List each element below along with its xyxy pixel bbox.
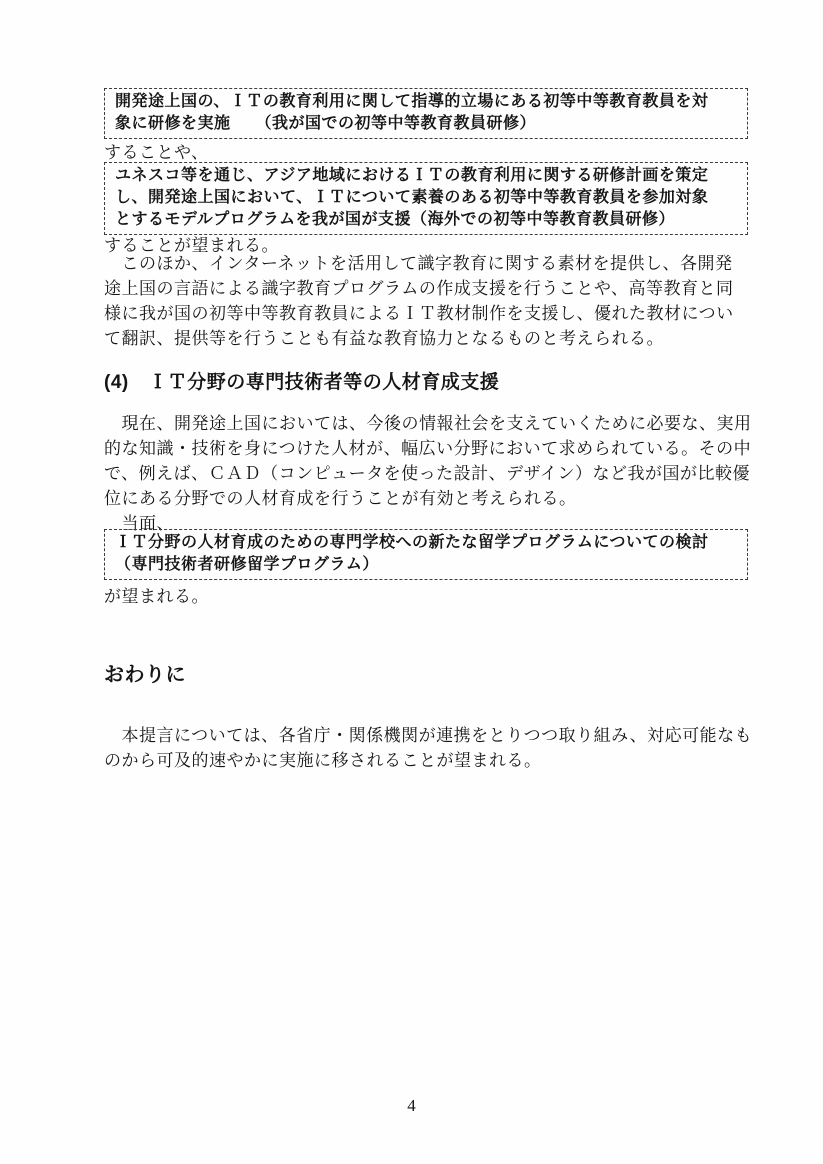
- connector-text-3: が望まれる。: [104, 584, 748, 609]
- boxed-recommendation-2: ユネスコ等を通じ、アジア地域におけるＩＴの教育利用に関する研修計画を策定 し、開…: [104, 162, 748, 235]
- closing-paragraph: 本提言については、各省庁・関係機関が連携をとりつつ取り組み、対応可能なも のから…: [104, 723, 748, 773]
- closing-section-heading: おわりに: [104, 663, 748, 687]
- body-paragraph-2: 現在、開発途上国においては、今後の情報社会を支えていくために必要な、実用 的な知…: [104, 411, 748, 536]
- page-number: 4: [0, 1096, 823, 1116]
- body-paragraph-1: このほか、インターネットを活用して識字教育に関する素材を提供し、各開発 途上国の…: [104, 251, 748, 351]
- boxed-recommendation-1: 開発途上国の、ＩＴの教育利用に関して指導的立場にある初等中等教育教員を対 象に研…: [104, 88, 748, 139]
- boxed-recommendation-3: ＩＴ分野の人材育成のための専門学校への新たな留学プログラムについての検討 （専門…: [104, 529, 748, 580]
- document-page: 開発途上国の、ＩＴの教育利用に関して指導的立場にある初等中等教育教員を対 象に研…: [0, 0, 823, 1164]
- section-heading-4: (4) ＩＴ分野の専門技術者等の人材育成支援: [104, 371, 748, 395]
